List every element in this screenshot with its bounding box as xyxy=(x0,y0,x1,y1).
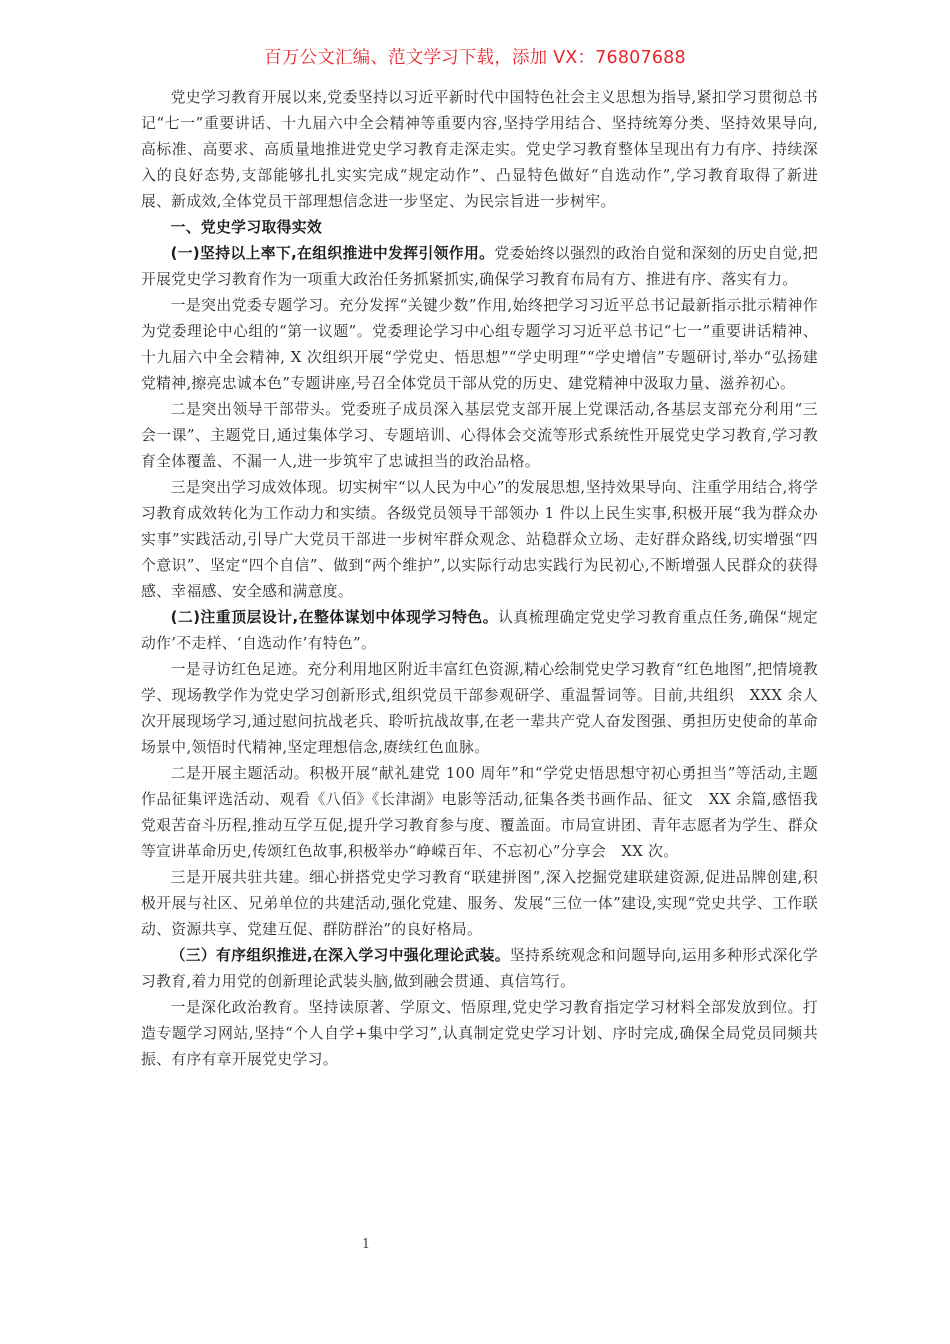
subsection-1-point-1: 一是突出党委专题学习。充分发挥“关键少数”作用,始终把学习习近平总书记最新指示批… xyxy=(141,293,818,397)
subsection-2-point-3: 三是开展共驻共建。细心拼搭党史学习教育“联建拼图”,深入挖掘党建联建资源,促进品… xyxy=(141,865,818,943)
section-heading-1: 一、党史学习取得实效 xyxy=(141,215,818,241)
subsection-2-point-2: 二是开展主题活动。积极开展“献礼建党 100 周年”和“学党史悟思想守初心勇担当… xyxy=(141,761,818,865)
document-page: 百万公文汇编、范文学习下载，添加 VX：76807688 党史学习教育开展以来,… xyxy=(0,0,950,1344)
intro-paragraph: 党史学习教育开展以来,党委坚持以习近平新时代中国特色社会主义思想为指导,紧扣学习… xyxy=(141,85,818,215)
document-body: 党史学习教育开展以来,党委坚持以习近平新时代中国特色社会主义思想为指导,紧扣学习… xyxy=(141,85,818,1073)
subsection-2-heading: (二)注重顶层设计,在整体谋划中体现学习特色。 xyxy=(171,609,499,626)
promo-banner: 百万公文汇编、范文学习下载，添加 VX：76807688 xyxy=(0,46,950,70)
subsection-2-paragraph: (二)注重顶层设计,在整体谋划中体现学习特色。认真梳理确定党史学习教育重点任务,… xyxy=(141,605,818,657)
subsection-1-paragraph: (一)坚持以上率下,在组织推进中发挥引领作用。党委始终以强烈的政治自觉和深刻的历… xyxy=(141,241,818,293)
subsection-1-point-2: 二是突出领导干部带头。党委班子成员深入基层党支部开展上党课活动,各基层支部充分利… xyxy=(141,397,818,475)
subsection-3-point-1: 一是深化政治教育。坚持读原著、学原文、悟原理,党史学习教育指定学习材料全部发放到… xyxy=(141,995,818,1073)
subsection-1-point-3: 三是突出学习成效体现。切实树牢“以人民为中心”的发展思想,坚持效果导向、注重学用… xyxy=(141,475,818,605)
subsection-3-heading: （三）有序组织推进,在深入学习中强化理论武装。 xyxy=(171,947,510,964)
subsection-1-heading: (一)坚持以上率下,在组织推进中发挥引领作用。 xyxy=(171,245,495,262)
page-number: 1 xyxy=(0,1237,732,1252)
subsection-3-paragraph: （三）有序组织推进,在深入学习中强化理论武装。坚持系统观念和问题导向,运用多种形… xyxy=(141,943,818,995)
subsection-2-point-1: 一是寻访红色足迹。充分利用地区附近丰富红色资源,精心绘制党史学习教育“红色地图”… xyxy=(141,657,818,761)
